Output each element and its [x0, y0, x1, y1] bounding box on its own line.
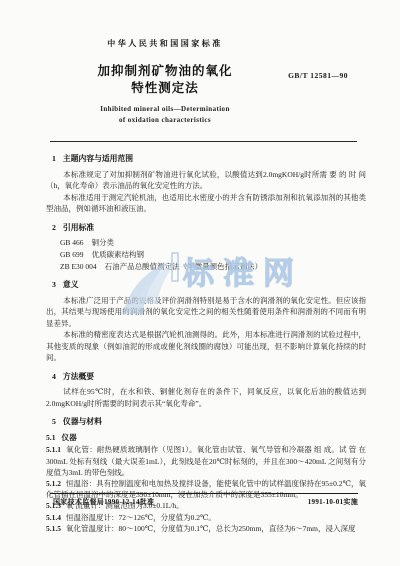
section-4-number: 4 [52, 372, 56, 381]
document-title-en: Inhibited mineral oils—Determination of … [0, 104, 330, 125]
reference-3-code: ZB E30 004 [60, 262, 97, 271]
section-1-number: 1 [52, 154, 56, 163]
clause-5-1-2: 5.1.2恒温浴：具有控制温度和电加热及搅拌设备，能使氧化管中的试样温度保持在9… [46, 478, 366, 500]
clause-5-1-5-text: 氧化管温度计：80～100℃，分度值为0.1℃，总长为250mm，直径为6～7m… [66, 524, 356, 533]
section-5-number: 5 [52, 417, 56, 426]
title-zh-line-2: 特性测定法 [0, 80, 330, 97]
section-2-title: 引用标准 [63, 223, 94, 232]
clause-5-1-1: 5.1.1氧化管：耐热硬质玻璃制作（见图1）。氧化管由试管、氧气导管和冷凝器 组… [46, 444, 366, 478]
clause-5-1-5: 5.1.5氧化管温度计：80～100℃，分度值为0.1℃，总长为250mm，直径… [46, 523, 366, 534]
section-5-heading: 5仪器与材料 [52, 416, 366, 428]
title-en-line-1: Inhibited mineral oils—Determination [0, 104, 330, 115]
section-5-title: 仪器与材料 [63, 417, 102, 426]
section-1-paragraph-2: 本标准适用于测定汽轮机油，也适用比水密度小的并含有防锈添加剂和抗氧添加剂的其他类… [46, 192, 366, 215]
clause-5-1-4-text: 恒温浴温度计：72～126℃，分度值为0.2℃。 [66, 513, 216, 522]
referenced-standards-list: GB 466铜分类 GB 699优质碳素结构钢 ZB E30 004石油产品总酸… [60, 237, 366, 272]
section-3-title: 意义 [63, 280, 79, 289]
section-2-heading: 2引用标准 [52, 222, 366, 234]
reference-item-3: ZB E30 004石油产品总酸值测定法（半微量颜色指示剂法） [60, 261, 366, 273]
section-2-number: 2 [52, 223, 56, 232]
apparatus-clause-list: 5.1.1氧化管：耐热硬质玻璃制作（见图1）。氧化管由试管、氧气导管和冷凝器 组… [46, 444, 366, 534]
reference-2-code: GB 699 [60, 250, 84, 259]
section-4-title: 方法概要 [63, 372, 94, 381]
section-3-number: 3 [52, 280, 56, 289]
clause-5-1-3-text: 氧 流量计：测量范围为3.0±0.1L/h。 [66, 501, 184, 510]
clause-5-1-heading: 5.1仪器 [46, 432, 366, 444]
clause-5-1-4: 5.1.4恒温浴温度计：72～126℃，分度值为0.2℃。 [46, 512, 366, 523]
section-4-paragraph-1: 试样在95℃时，在水和铁、铜催化剂存在的条件下，同氧反应，以氧化后油的酸值达到2… [46, 386, 366, 409]
section-1-heading: 1主题内容与适用范围 [52, 153, 366, 165]
clause-5-1-number: 5.1 [46, 433, 56, 442]
clause-5-1-4-number: 5.1.4 [46, 513, 61, 522]
document-body: 1主题内容与适用范围 本标准规定了对加抑制剂矿物油进行氧化试验，以酸值达到2.0… [46, 153, 366, 534]
reference-3-title: 石油产品总酸值测定法（半微量颜色指示剂法） [105, 262, 263, 271]
section-3-paragraph-2: 本标准的精密度表达式是根据汽轮机油测得的。此外，用本标准进行润滑剂的试验过程中，… [46, 329, 366, 364]
clause-5-1-1-number: 5.1.1 [46, 445, 61, 454]
reference-2-title: 优质碳素结构钢 [92, 250, 145, 259]
reference-1-title: 铜分类 [92, 238, 115, 247]
clause-5-1-1-text: 氧化管：耐热硬质玻璃制作（见图1）。氧化管由试管、氧气导管和冷凝器 组 成。试 … [46, 445, 366, 476]
section-3-paragraph-1: 本标准广泛用于产品的规格及评价润滑剂特别是易于含水的润滑剂的氧化安定性。但应该指… [46, 295, 366, 330]
document-title-zh: 加抑制剂矿物油的氧化 特性测定法 [0, 63, 330, 97]
title-zh-line-1: 加抑制剂矿物油的氧化 [0, 63, 330, 80]
header-divider [50, 141, 357, 142]
section-1-paragraph-1: 本标准规定了对加抑制剂矿物油进行氧化试验，以酸值达到2.0mgKOH/g时所需 … [46, 169, 366, 192]
reference-item-1: GB 466铜分类 [60, 237, 366, 249]
clause-5-1-3-number: 5.1.3 [46, 501, 61, 510]
scanned-standard-document-page: 中华人民共和国国家标准 GB/T 12581—90 加抑制剂矿物油的氧化 特性测… [0, 0, 400, 566]
clause-5-1-5-number: 5.1.5 [46, 524, 61, 533]
section-4-heading: 4方法概要 [52, 371, 366, 383]
clause-5-1-3: 5.1.3氧 流量计：测量范围为3.0±0.1L/h。 [46, 500, 366, 511]
section-1-title: 主题内容与适用范围 [63, 154, 133, 163]
clause-5-1-title: 仪器 [62, 433, 77, 442]
reference-1-code: GB 466 [60, 238, 84, 247]
section-3-heading: 3意义 [52, 279, 366, 291]
title-en-line-2: of oxidation characteristics [0, 115, 330, 126]
clause-5-1-2-number: 5.1.2 [46, 479, 61, 488]
clause-5-1-2-text: 恒温浴：具有控制温度和电加热及搅拌设备，能使氧化管中的试样温度保持在95±0.2… [46, 479, 366, 499]
national-standard-banner: 中华人民共和国国家标准 [0, 38, 330, 49]
reference-item-2: GB 699优质碳素结构钢 [60, 249, 366, 261]
